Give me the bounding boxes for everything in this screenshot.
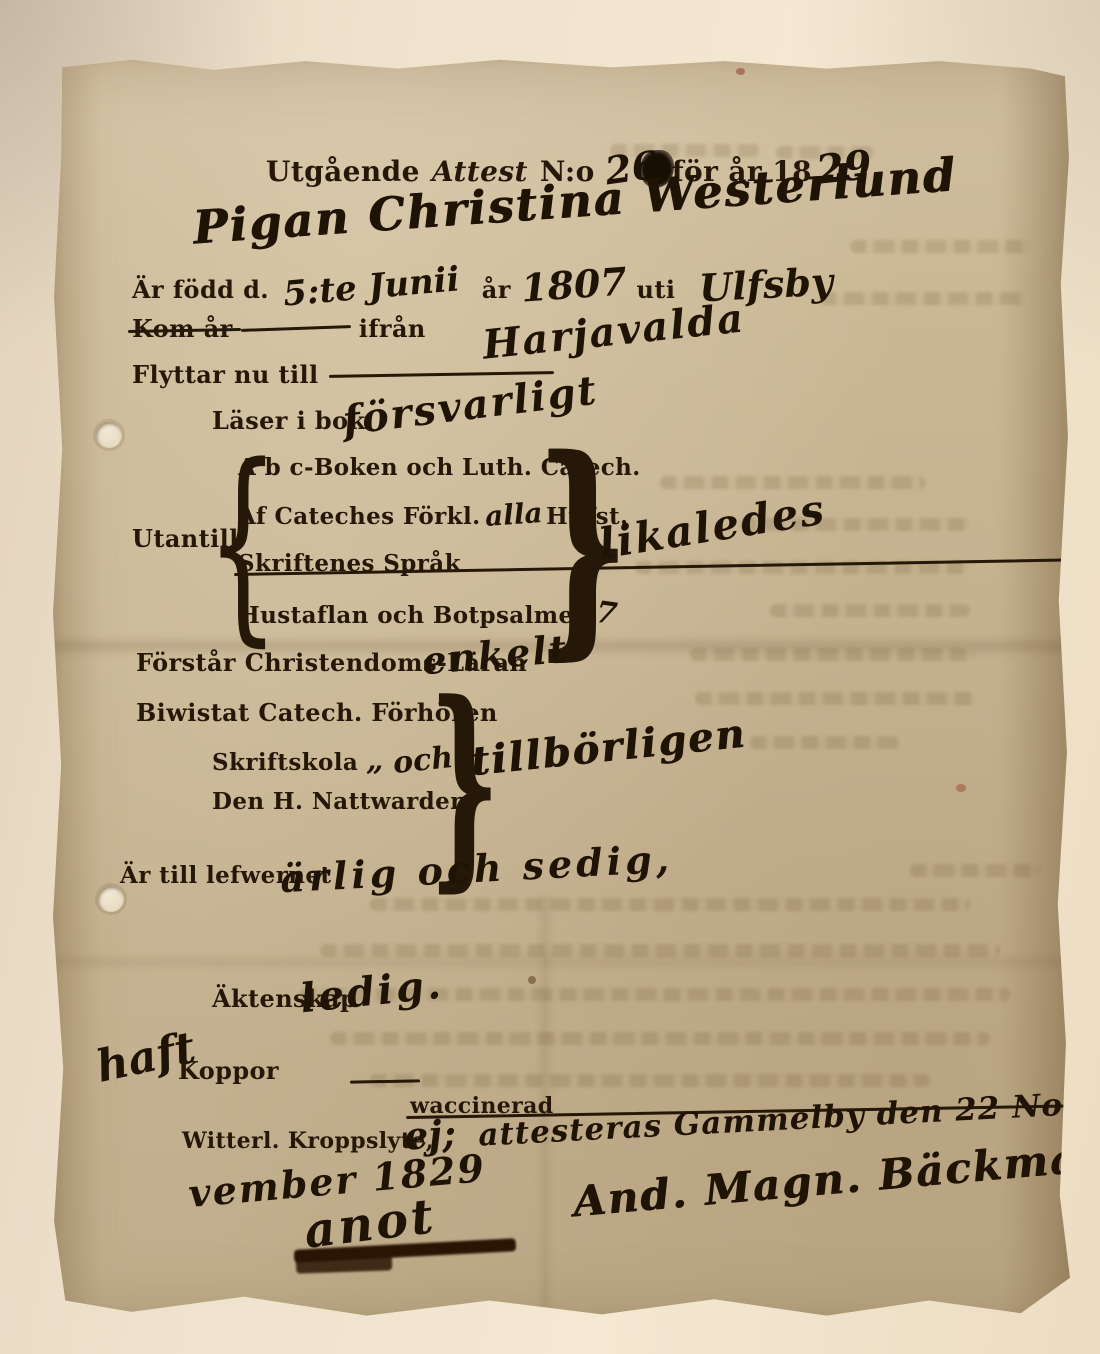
punch-hole-lower bbox=[98, 886, 124, 912]
title-word-utgaende: Utgående bbox=[266, 155, 420, 188]
label-year: år bbox=[482, 275, 511, 304]
birth-year-handwritten: 1807 bbox=[519, 258, 628, 310]
bleedthrough-line bbox=[850, 240, 1030, 253]
bleedthrough-line bbox=[910, 864, 1040, 877]
bleedthrough-line bbox=[820, 292, 1025, 305]
punch-hole-upper bbox=[96, 422, 122, 448]
ditto-mark-handwritten: „ bbox=[366, 743, 383, 778]
bleedthrough-line bbox=[750, 736, 900, 749]
label-from: ifrån bbox=[359, 314, 426, 343]
bleedthrough-line bbox=[660, 476, 925, 489]
label-skriftskola: Skriftskola bbox=[212, 749, 358, 776]
bleedthrough-line bbox=[320, 944, 1000, 957]
item-forkl-pre: Af Cateches Förkl. bbox=[238, 503, 481, 530]
label-kroppslyte: Witterl. Kroppslyte, bbox=[182, 1128, 434, 1154]
item-hustaflan-label: Hustaflan och Botpsalmer bbox=[238, 602, 586, 629]
bleedthrough-line bbox=[695, 692, 975, 705]
item-forkl-handwritten-alla: alla bbox=[483, 496, 543, 533]
stain-red-dot-right bbox=[956, 784, 966, 792]
label-born: Är född d. bbox=[132, 275, 269, 304]
bleedthrough-line bbox=[690, 648, 975, 661]
strike-extension-line bbox=[241, 325, 351, 332]
bleedthrough-line bbox=[370, 1074, 930, 1087]
photograph-of-document: Utgående Attest N:o 26 för år 18 29 Piga… bbox=[0, 0, 1100, 1354]
bleedthrough-line bbox=[330, 1032, 990, 1045]
came-from-line: Kom år ifrån bbox=[132, 314, 426, 343]
signature-handwritten: And. Magn. Bäckman bbox=[571, 1131, 1100, 1227]
label-koppor: Koppor bbox=[178, 1056, 279, 1085]
label-moving: Flyttar nu till bbox=[132, 360, 319, 389]
bleedthrough-line bbox=[770, 604, 970, 617]
attendance-grade-handwritten: tillbörligen bbox=[468, 710, 748, 786]
stain-red-dot-top bbox=[736, 68, 745, 75]
note-underline-blob bbox=[296, 1250, 393, 1273]
label-came-struck: Kom år bbox=[132, 314, 233, 343]
stain-brown-speck bbox=[528, 976, 536, 984]
label-in: uti bbox=[637, 275, 676, 304]
attest-paper-sheet: Utgående Attest N:o 26 för år 18 29 Piga… bbox=[50, 56, 1072, 1322]
birth-date-handwritten: 5:te Junii bbox=[282, 259, 462, 314]
skriftskola-line: Skriftskola „ och bbox=[212, 743, 454, 778]
